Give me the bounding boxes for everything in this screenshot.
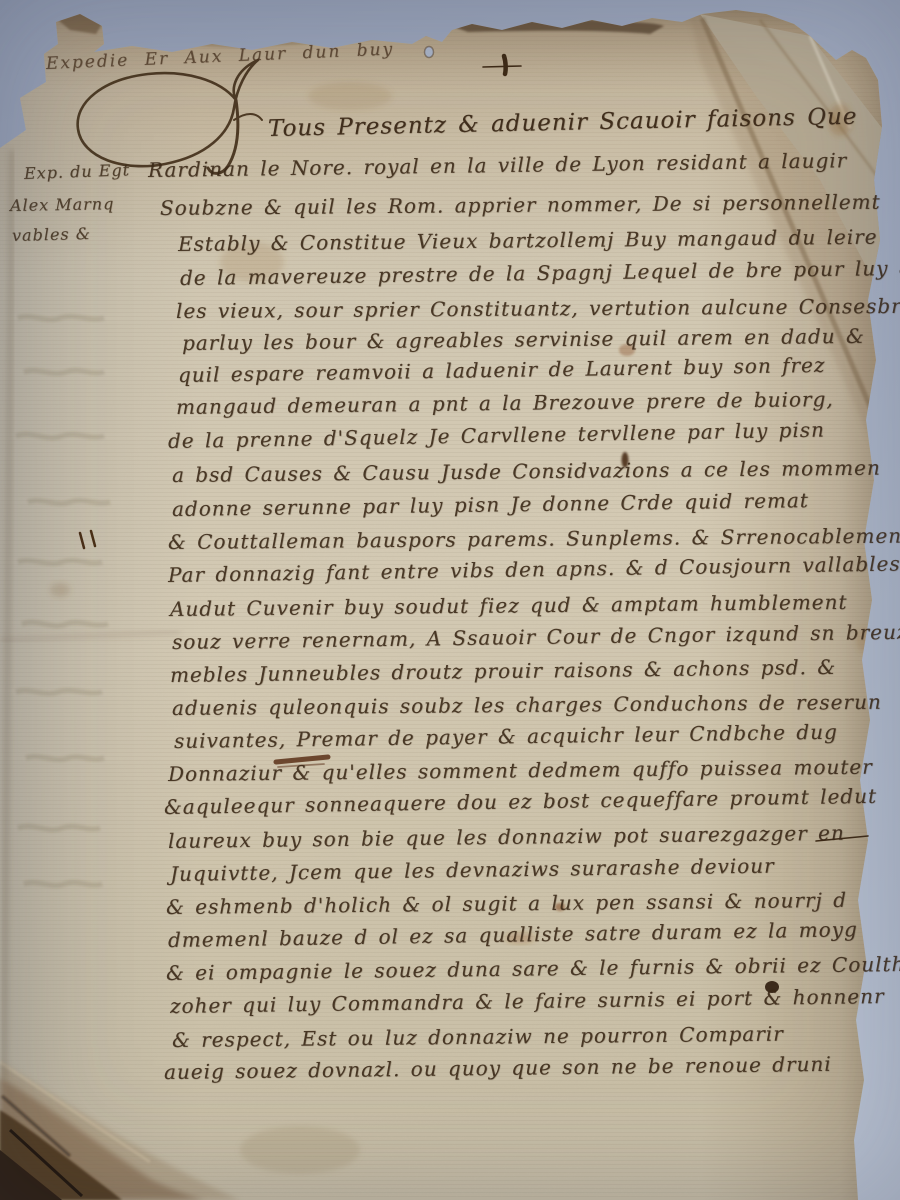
manuscript-line: aduenis quleonquis soubz les charges Con… [172,690,882,720]
manuscript-line: aueig souez dovnazl. ou quoy que son ne … [164,1052,832,1084]
manuscript-line: & Couttalleman bauspors parems. Sunplems… [168,524,900,554]
manuscript-line: Rardinan le Nore. royal en la ville de L… [148,148,848,182]
margin-note-line: Exp. du Egt [24,160,131,183]
manuscript-line: Tous Presentz & aduenir Scauoir faisons … [268,104,858,142]
manuscript-line: & eshmenb d'holich & ol sugit a lux pen … [166,888,847,919]
handwriting-layer: Expedie Er Aux Laur dun buy Exp. du Egt … [0,0,900,1200]
manuscript-line: de la prenne d'Squelz Je Carvllene tervl… [168,418,825,453]
manuscript-line: Soubzne & quil les Rom. apprier nommer, … [160,190,881,220]
manuscript-line: Par donnazig fant entre vibs den apns. &… [168,551,900,587]
manuscript-line: Audut Cuvenir buy soudut fiez qud & ampt… [170,590,848,621]
manuscript-line: mebles Junneubles droutz prouir raisons … [170,655,836,687]
margin-note-line: Alex Marnq [10,194,115,215]
manuscript-line: & ei ompagnie le souez duna sare & le fu… [166,952,900,985]
manuscript-line: Juquivtte, Jcem que les devnaziws surara… [170,854,775,886]
manuscript-line: laureux buy son bie que les donnaziw pot… [168,821,845,853]
photo-backdrop: Expedie Er Aux Laur dun buy Exp. du Egt … [0,0,900,1200]
manuscript-line: quil espare reamvoii a laduenir de Laure… [178,353,826,387]
manuscript-line: &aquleequr sonneaquere dou ez bost ceque… [164,784,877,819]
manuscript-line: & respect, Est ou luz donnaziw ne pourro… [172,1022,784,1052]
manuscript-line: a bsd Causes & Causu Jusde Considvazions… [172,456,881,487]
manuscript-line: adonne serunne par luy pisn Je donne Crd… [172,488,809,521]
manuscript-line: suivantes, Premar de payer & acquichr le… [174,720,838,753]
manuscript-line: de la mavereuze prestre de la Spagnj Leq… [180,256,900,290]
manuscript-line: mangaud demeuran a pnt a la Brezouve pre… [176,387,834,419]
manuscript-line: Donnaziur & qu'elles somment dedmem quff… [168,755,873,786]
margin-note-line: vables & [12,224,91,245]
header-annotation: Expedie Er Aux Laur dun buy [46,39,395,74]
manuscript-line: Estably & Constitue Vieux bartzollemj Bu… [178,225,878,256]
manuscript-line: parluy les bour & agreables servinise qu… [182,324,865,355]
manuscript-line: zoher qui luy Commandra & le faire surni… [170,984,885,1018]
manuscript-line: dmemenl bauze d ol ez sa qualliste satre… [168,917,858,952]
manuscript-line: souz verre renernam, A Ssauoir Cour de C… [172,620,900,654]
manuscript-line: les vieux, sour sprier Constituantz, ver… [176,294,900,323]
